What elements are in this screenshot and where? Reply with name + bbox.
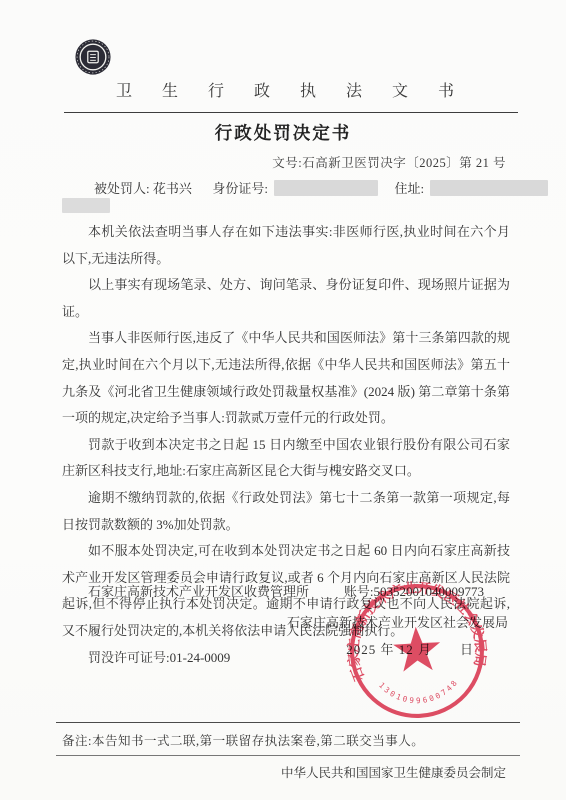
page-title: 行政处罚决定书 bbox=[0, 120, 566, 145]
redacted-address bbox=[430, 180, 548, 196]
party-name: 花书兴 bbox=[153, 181, 192, 196]
paragraph-evidence: 以上事实有现场笔录、处方、询问笔录、身份证复印件、现场照片证据为证。 bbox=[62, 272, 510, 325]
document-page: 卫 生 行 政 执 法 文 书 行政处罚决定书 文号:石高新卫医罚决字〔2025… bbox=[0, 0, 566, 800]
paragraph-late-penalty: 逾期不缴纳罚款的,依据《行政处罚法》第七十二条第一款第一项规定,每日按罚款数额的… bbox=[62, 485, 510, 538]
remarks-line: 备注:本告知书一式二联,第一联留存执法案卷,第二联交当事人。 bbox=[62, 731, 424, 749]
footer-issuer: 中华人民共和国国家卫生健康委员会制定 bbox=[281, 763, 506, 781]
party-info-line: 被处罚人: 花书兴 身份证号: 住址: bbox=[94, 178, 520, 197]
document-category: 卫 生 行 政 执 法 文 书 bbox=[116, 78, 467, 101]
seal-star-icon bbox=[392, 625, 441, 672]
paragraph-facts: 本机关依法查明当事人存在如下违法事实:非医师行医,执业时间在六个月以下,无违法所… bbox=[62, 219, 510, 272]
footer-divider bbox=[56, 755, 520, 756]
paragraph-legal-basis: 当事人非医师行医,违反了《中华人民共和国医师法》第十三条第四款的规定,执业时间在… bbox=[62, 325, 510, 431]
official-red-seal: 石家庄高新技术产业开发区社会发展局 1301099600748 bbox=[342, 576, 491, 725]
redacted-id-number bbox=[274, 180, 378, 196]
redacted-address-continued bbox=[62, 198, 110, 213]
paragraph-payment-bank: 罚款于收到本决定书之日起 15 日内缴至中国农业银行股份有限公司石家庄新区科技支… bbox=[62, 432, 510, 485]
party-name-label: 被处罚人: bbox=[94, 181, 150, 196]
header-divider bbox=[64, 112, 518, 113]
party-id-label: 身份证号: bbox=[212, 181, 268, 196]
svg-text:1301099600748: 1301099600748 bbox=[377, 677, 462, 708]
payee-organization: 石家庄高新技术产业开发区收费管理所 bbox=[62, 581, 309, 600]
health-commission-emblem-icon bbox=[74, 38, 112, 76]
note-divider bbox=[56, 722, 520, 723]
document-number: 文号:石高新卫医罚决字〔2025〕第 21 号 bbox=[272, 153, 506, 171]
party-address-label: 住址: bbox=[395, 181, 425, 196]
